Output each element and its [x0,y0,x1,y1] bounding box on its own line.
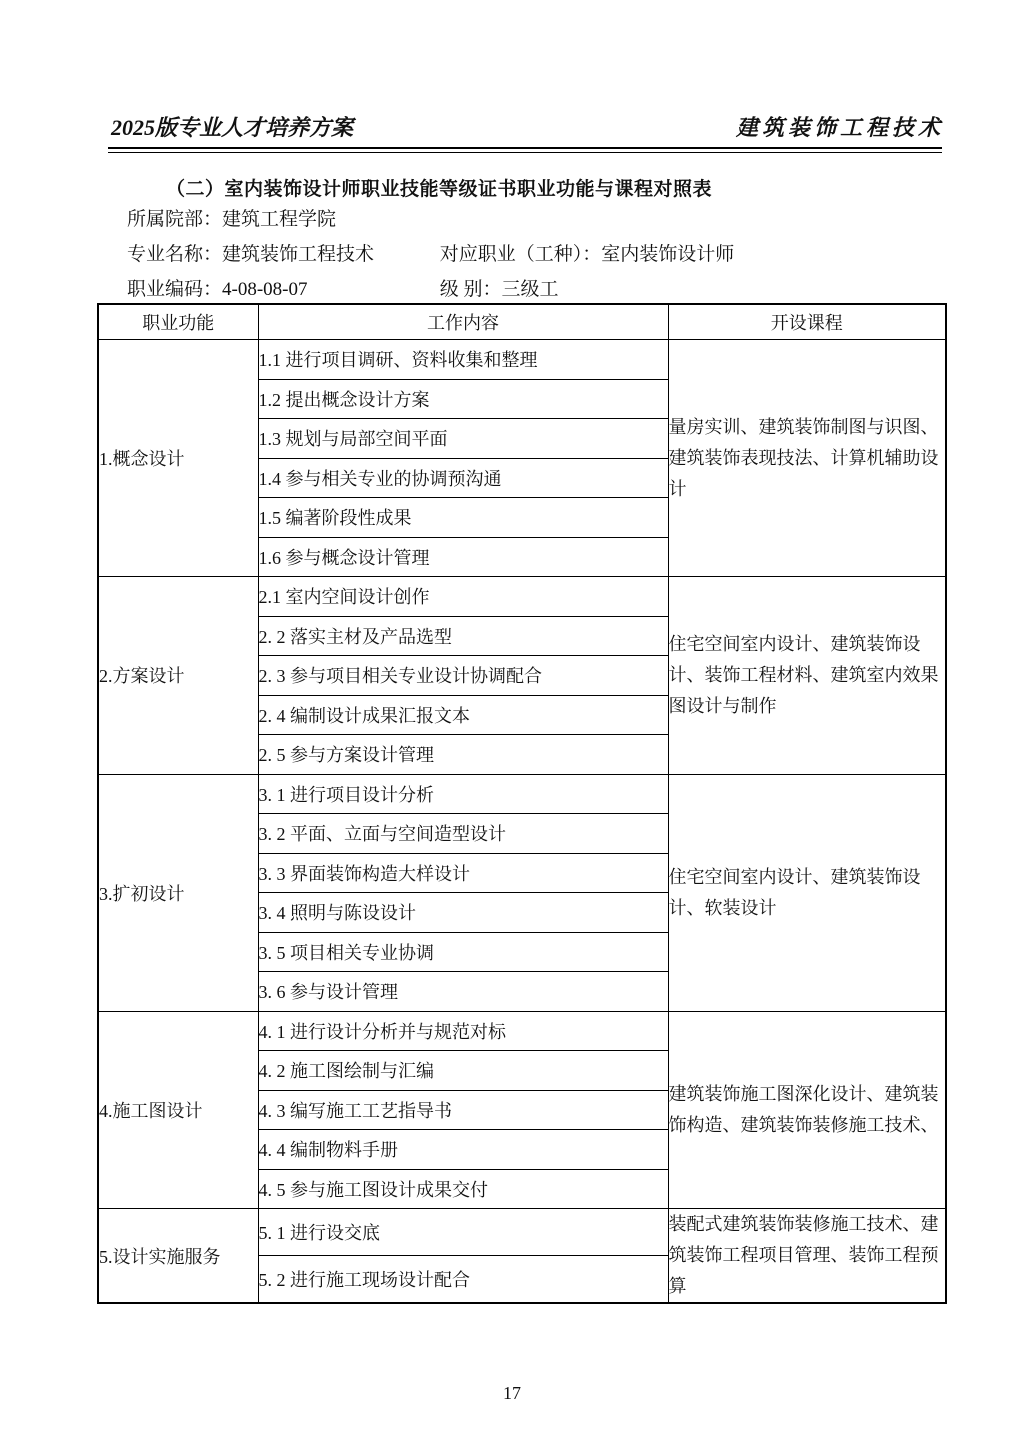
task-cell: 2. 3 参与项目相关专业设计协调配合 [258,656,668,696]
function-cell-2: 2.方案设计 [98,577,258,775]
col-header-courses: 开设课程 [668,304,946,340]
table-row: 4.施工图设计 4. 1 进行设计分析并与规范对标 建筑装饰施工图深化设计、建筑… [98,1011,946,1051]
task-cell: 4. 4 编制物料手册 [258,1130,668,1170]
meta-occupation: 对应职业（工种）：室内装饰设计师 [440,244,735,266]
task-cell: 3. 1 进行项目设计分析 [258,774,668,814]
task-cell: 1.3 规划与局部空间平面 [258,419,668,459]
task-cell: 1.1 进行项目调研、资料收集和整理 [258,340,668,380]
meta-block: 所属院部：建筑工程学院 专业名称：建筑装饰工程技术 对应职业（工种）：室内装饰设… [127,209,734,314]
meta-major: 专业名称：建筑装饰工程技术 [127,244,435,266]
course-cell-5: 装配式建筑装饰装修施工技术、建筑装饰工程项目管理、装饰工程预算 [668,1209,946,1304]
course-cell-1: 量房实训、建筑装饰制图与识图、建筑装饰表现技法、计算机辅助设计 [668,340,946,577]
task-cell: 1.6 参与概念设计管理 [258,537,668,577]
course-cell-3: 住宅空间室内设计、建筑装饰设计、软装设计 [668,774,946,1011]
table-row: 5.设计实施服务 5. 1 进行设交底 装配式建筑装饰装修施工技术、建筑装饰工程… [98,1209,946,1256]
comparison-table-wrap: 职业功能 工作内容 开设课程 1.概念设计 1.1 进行项目调研、资料收集和整理… [97,303,947,1304]
function-cell-4: 4.施工图设计 [98,1011,258,1209]
meta-occupation-code: 职业编码：4-08-08-07 [127,279,435,301]
task-cell: 2.1 室内空间设计创作 [258,577,668,617]
comparison-table: 职业功能 工作内容 开设课程 1.概念设计 1.1 进行项目调研、资料收集和整理… [97,303,947,1304]
task-cell: 4. 2 施工图绘制与汇编 [258,1051,668,1091]
task-cell: 5. 1 进行设交底 [258,1209,668,1256]
function-cell-1: 1.概念设计 [98,340,258,577]
col-header-function: 职业功能 [98,304,258,340]
task-cell: 2. 2 落实主材及产品选型 [258,616,668,656]
task-cell: 5. 2 进行施工现场设计配合 [258,1256,668,1303]
function-cell-5: 5.设计实施服务 [98,1209,258,1304]
running-header: 2025版专业人才培养方案 建筑装饰工程技术 [111,114,944,143]
task-cell: 3. 5 项目相关专业协调 [258,932,668,972]
task-cell: 1.5 编著阶段性成果 [258,498,668,538]
table-header-row: 职业功能 工作内容 开设课程 [98,304,946,340]
task-cell: 4. 1 进行设计分析并与规范对标 [258,1011,668,1051]
page-number: 17 [0,1383,1024,1404]
meta-row-department: 所属院部：建筑工程学院 [127,209,734,244]
task-cell: 4. 3 编写施工工艺指导书 [258,1090,668,1130]
task-cell: 2. 5 参与方案设计管理 [258,735,668,775]
course-cell-4: 建筑装饰施工图深化设计、建筑装饰构造、建筑装饰装修施工技术、 [668,1011,946,1209]
page-title: （二）室内装饰设计师职业技能等级证书职业功能与课程对照表 [166,174,712,201]
course-cell-2: 住宅空间室内设计、建筑装饰设计、装饰工程材料、建筑室内效果图设计与制作 [668,577,946,775]
task-cell: 2. 4 编制设计成果汇报文本 [258,695,668,735]
document-page: 2025版专业人才培养方案 建筑装饰工程技术 （二）室内装饰设计师职业技能等级证… [0,0,1024,1448]
table-row: 1.概念设计 1.1 进行项目调研、资料收集和整理 量房实训、建筑装饰制图与识图… [98,340,946,380]
task-cell: 3. 2 平面、立面与空间造型设计 [258,814,668,854]
task-cell: 1.2 提出概念设计方案 [258,379,668,419]
header-right-text: 建筑装饰工程技术 [736,114,944,143]
task-cell: 3. 3 界面装饰构造大样设计 [258,853,668,893]
table-row: 3.扩初设计 3. 1 进行项目设计分析 住宅空间室内设计、建筑装饰设计、软装设… [98,774,946,814]
meta-department: 所属院部：建筑工程学院 [127,209,435,231]
header-left-text: 2025版专业人才培养方案 [111,114,353,143]
meta-level: 级 别：三级工 [440,279,559,301]
task-cell: 3. 6 参与设计管理 [258,972,668,1012]
function-cell-3: 3.扩初设计 [98,774,258,1011]
header-divider [108,147,942,153]
task-cell: 4. 5 参与施工图设计成果交付 [258,1169,668,1209]
task-cell: 3. 4 照明与陈设设计 [258,893,668,933]
task-cell: 1.4 参与相关专业的协调预沟通 [258,458,668,498]
meta-row-major: 专业名称：建筑装饰工程技术 对应职业（工种）：室内装饰设计师 [127,244,734,279]
table-row: 2.方案设计 2.1 室内空间设计创作 住宅空间室内设计、建筑装饰设计、装饰工程… [98,577,946,617]
col-header-work: 工作内容 [258,304,668,340]
